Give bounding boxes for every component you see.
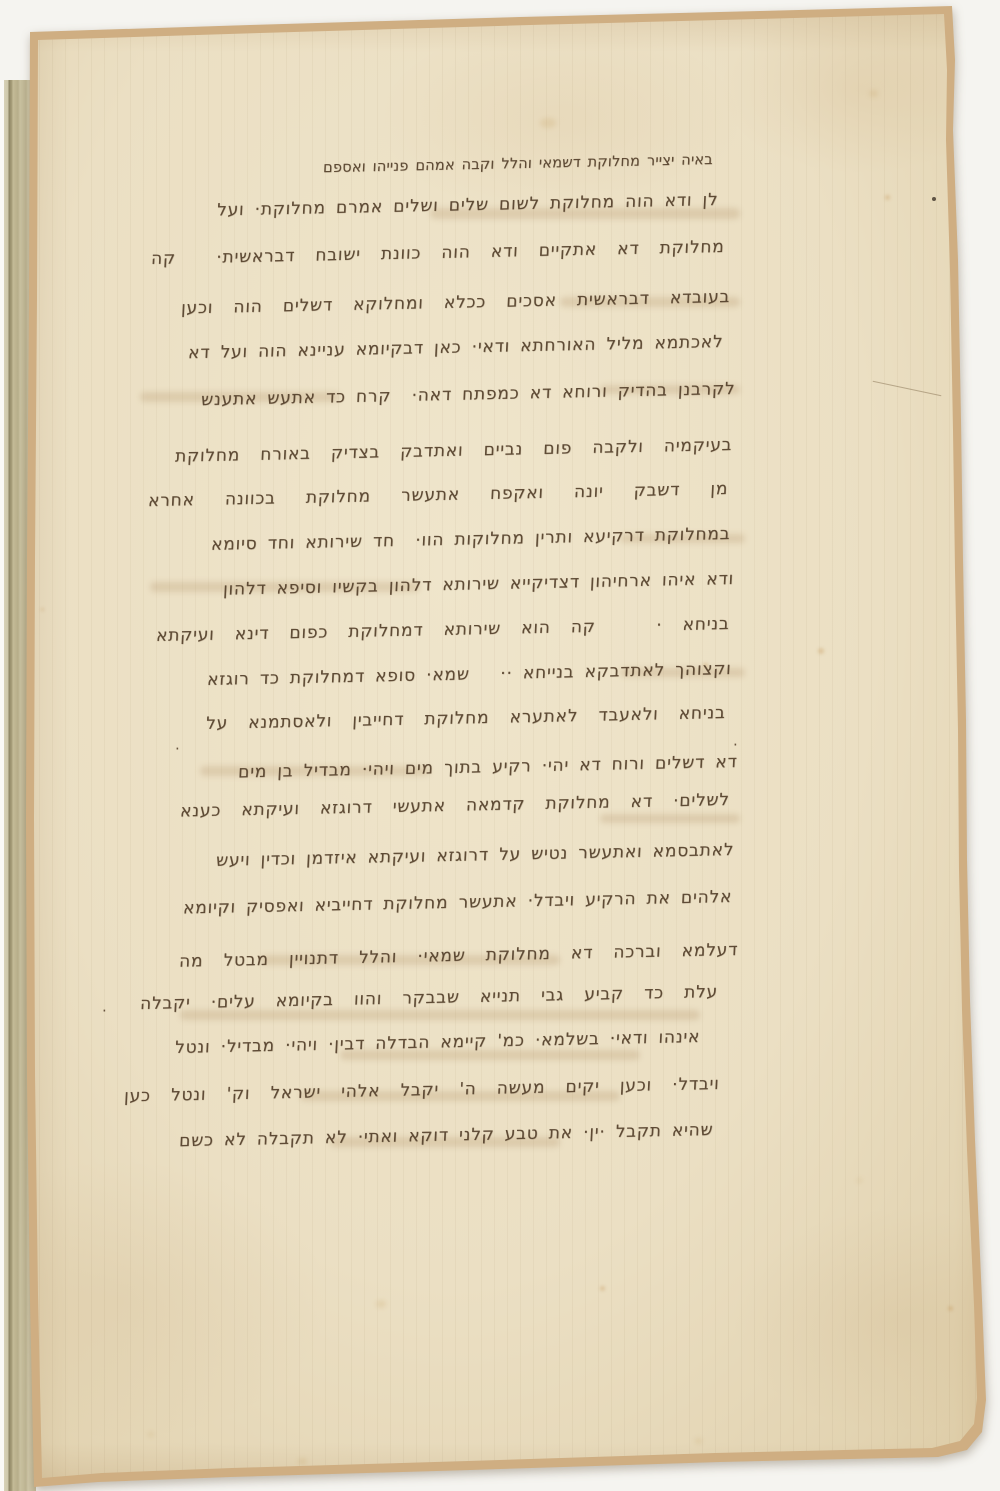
text-block: באיה יצייר מחלוקת דשמאי והלל וקבה אמהם פ… xyxy=(0,0,1000,1491)
manuscript-line: דא דשלים ורוח דא יהי· רקיע בתוך מים ויהי… xyxy=(238,752,738,782)
manuscript-line: אינהו ודאי· בשלמא· כמ' קיימא הבדלה דבין·… xyxy=(174,1027,700,1058)
manuscript-page: באיה יצייר מחלוקת דשמאי והלל וקבה אמהם פ… xyxy=(0,0,1000,1491)
manuscript-line: מן דשבק יונה ואקפח אתעשר מחלוקת בכוונה א… xyxy=(147,479,728,511)
manuscript-line: ודא איהו ארחיהון דצדיקייא שירותא דלהון ב… xyxy=(223,569,735,600)
manuscript-line: בניחא · קה הוא שירותא דמחלוקת כפום דינא … xyxy=(156,614,730,646)
manuscript-line: עלת כד קביע גבי תנייא שבבקר והוו בקיומא … xyxy=(140,982,719,1014)
manuscript-line: באיה יצייר מחלוקת דשמאי והלל וקבה אמהם פ… xyxy=(323,152,714,176)
manuscript-line: לקרבנן בהדיק ורוחא דא כמפתח דאה· קרח כד … xyxy=(200,379,735,410)
manuscript-page-toasted-edge: באיה יצייר מחלוקת דשמאי והלל וקבה אמהם פ… xyxy=(0,0,1000,1491)
manuscript-line: בעיקמיה ולקבה פום נביים ואתדבק בצדיק באו… xyxy=(174,435,732,467)
manuscript-line: לן ודא הוה מחלוקת לשום שלים ושלים אמרם מ… xyxy=(216,190,718,221)
manuscript-line: מחלוקת דא אתקיים ודא הוה כוונת ישובח דבר… xyxy=(151,237,725,269)
marginal-dot: · xyxy=(175,740,180,758)
manuscript-leaf-wrapper: באיה יצייר מחלוקת דשמאי והלל וקבה אמהם פ… xyxy=(0,0,1000,1491)
manuscript-line: אלהים את הרקיע ויבדל· אתעשר מחלוקת דחייב… xyxy=(183,887,733,919)
manuscript-line: דעלמא וברכה דא מחלוקת שמאי· והלל דתנויין… xyxy=(178,940,738,972)
manuscript-line: לאתבסמא ואתעשר נטיש על דרוגזא ועיקתא איז… xyxy=(215,840,734,871)
marginal-dot: · xyxy=(102,1002,107,1020)
manuscript-line: לשלים· דא מחלוקת קדמאה אתעשי דרוגזא ועיק… xyxy=(180,790,731,822)
manuscript-line: ויבדל· וכען יקים מעשה ה' יקבל אלהי ישראל… xyxy=(124,1074,720,1106)
marginal-dot: · xyxy=(733,736,738,754)
manuscript-line: בניחא ולאעבד לאתערא מחלוקת דחייבין ולאסת… xyxy=(206,703,727,734)
manuscript-line: במחלוקת דרקיעא ותרין מחלוקות הוו· חד שיר… xyxy=(210,524,730,555)
manuscript-line: בעובדא דבראשית אסכים ככלא ומחלוקא דשלים … xyxy=(180,287,730,319)
manuscript-line: וקצוהך לאתדבקא בנייחא ·· שמא· סופא דמחלו… xyxy=(207,659,732,690)
manuscript-line: לאכתמא מליל האורחתא ודאי· כאן דבקיומא ענ… xyxy=(187,332,723,363)
manuscript-line: שהיא תקבל ·ין· את טבע קלני דוקא ואתי· לא… xyxy=(178,1120,713,1151)
